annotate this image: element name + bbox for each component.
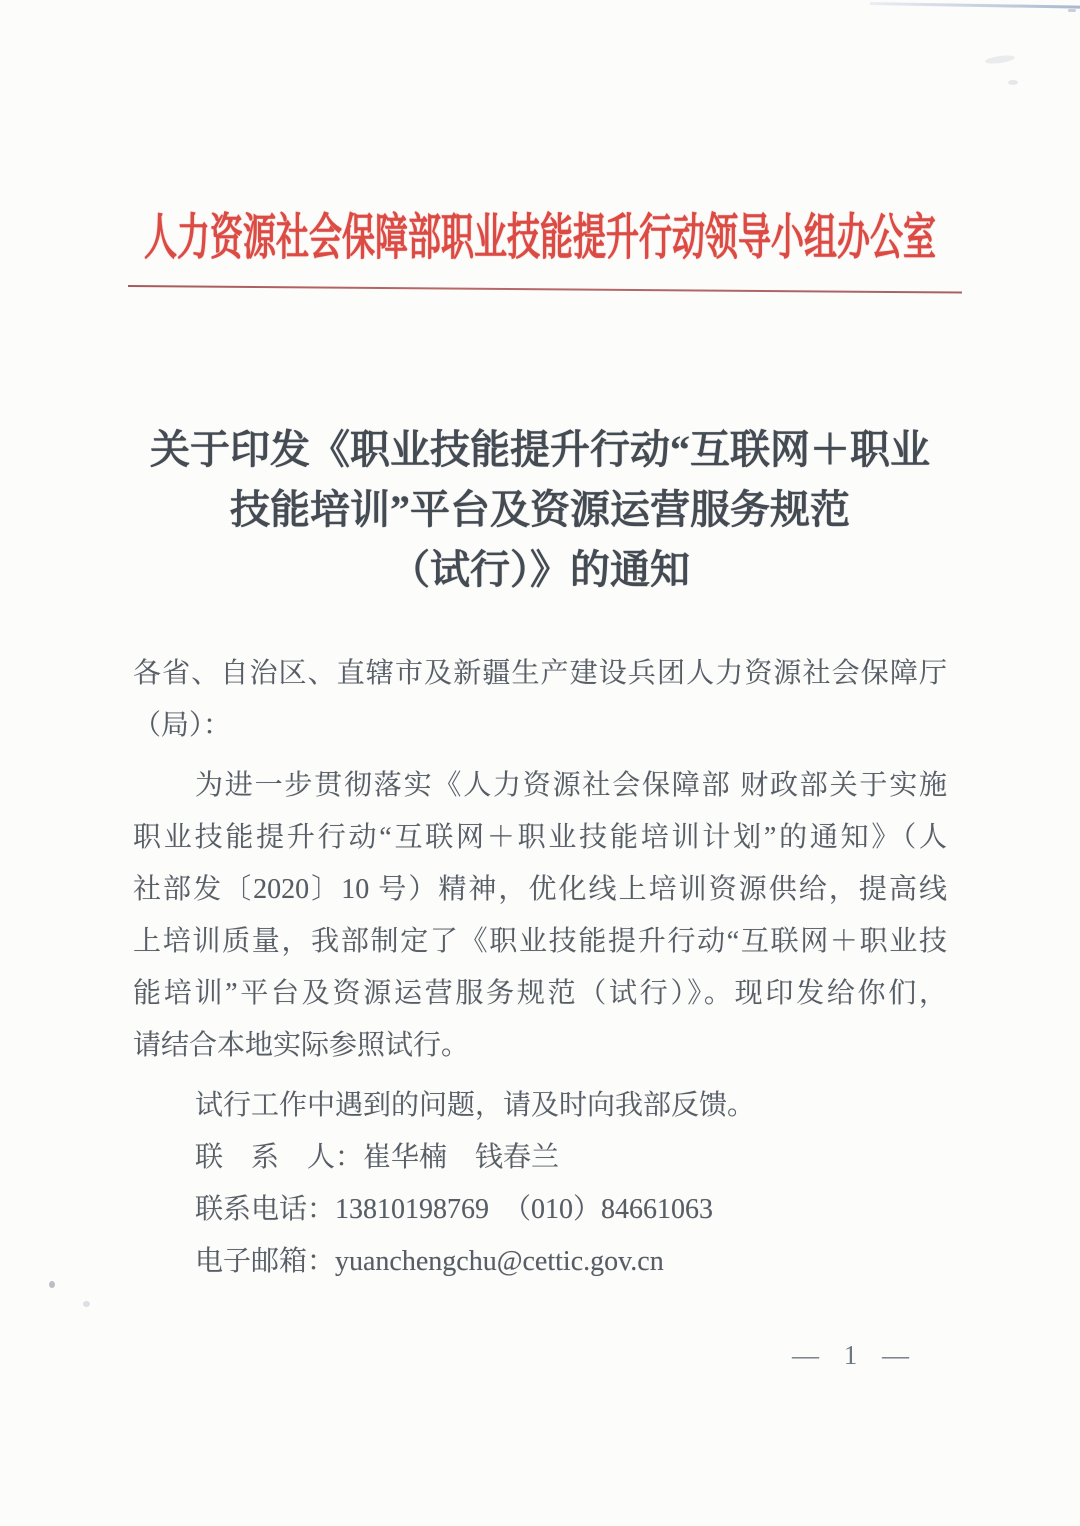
body-line: 联系电话：13810198769 （010）84661063 (133, 1184, 947, 1236)
document-title-line: 关于印发《职业技能提升行动“互联网＋职业 (133, 420, 947, 480)
body-line: 请结合本地实际参照试行。 (133, 1020, 947, 1072)
scan-artifact-speck (49, 1281, 55, 1288)
body-line: （局）： (133, 700, 947, 752)
body-line: 社部发〔2020〕10 号）精神，优化线上培训资源供给，提高线 (133, 864, 947, 916)
body-line: 试行工作中遇到的问题，请及时向我部反馈。 (133, 1080, 947, 1132)
body-line: 各省、自治区、直辖市及新疆生产建设兵团人力资源社会保障厅 (133, 648, 947, 700)
document-title-line: （试行）》的通知 (133, 540, 947, 600)
body-line: 电子邮箱：yuanchengchu@cettic.gov.cn (133, 1236, 947, 1288)
scan-artifact-speck (83, 1301, 90, 1307)
body-line: 职业技能提升行动“互联网＋职业技能培训计划”的通知》（人 (133, 812, 947, 864)
scan-artifact-smudge (1008, 80, 1018, 85)
body-line: 为进一步贯彻落实《人力资源社会保障部 财政部关于实施 (133, 760, 947, 812)
scan-edge-line (870, 2, 1080, 9)
letterhead-rule (128, 285, 962, 294)
document-title-line: 技能培训”平台及资源运营服务规范 (133, 480, 947, 540)
page-number: — 1 — (790, 1340, 920, 1371)
body-text: 各省、自治区、直辖市及新疆生产建设兵团人力资源社会保障厅（局）：为进一步贯彻落实… (133, 648, 947, 1288)
scan-artifact-smudge (985, 54, 1016, 65)
scanned-document-page: 人力资源社会保障部职业技能提升行动领导小组办公室 关于印发《职业技能提升行动“互… (0, 0, 1080, 1526)
body-line: 上培训质量，我部制定了《职业技能提升行动“互联网＋职业技 (133, 916, 947, 968)
letterhead-office-name: 人力资源社会保障部职业技能提升行动领导小组办公室 (0, 196, 1080, 271)
body-line: 联 系 人：崔华楠 钱春兰 (133, 1132, 947, 1184)
body-line: 能培训”平台及资源运营服务规范（试行）》。现印发给你们， (133, 968, 947, 1020)
document-title: 关于印发《职业技能提升行动“互联网＋职业 技能培训”平台及资源运营服务规范 （试… (133, 420, 947, 600)
scan-artifact-tick (1068, 9, 1076, 12)
